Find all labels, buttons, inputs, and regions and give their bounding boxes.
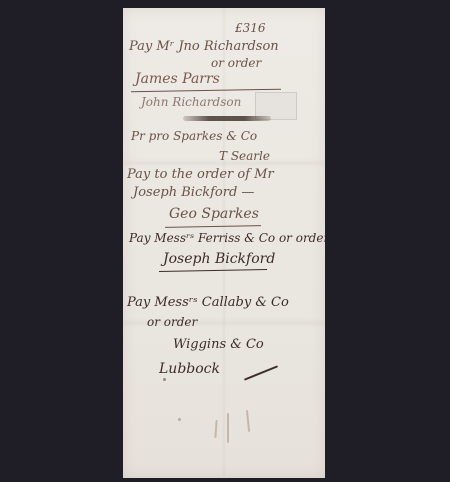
endorsement-3-signature: T Searle xyxy=(219,150,270,162)
endorsement-4-line2: Joseph Bickford — xyxy=(133,186,254,199)
endorsement-4-signature: Geo Sparkes xyxy=(169,207,259,221)
endorsement-3-line1: Pr pro Sparkes & Co xyxy=(131,130,257,142)
document-paper: £316 Pay Mʳ Jno Richardson or order Jame… xyxy=(123,8,325,478)
endorsement-7-signature: Lubbock xyxy=(159,362,220,376)
endorsement-5-signature: Joseph Bickford xyxy=(163,252,275,266)
signature-flourish xyxy=(244,365,278,380)
ink-smudge xyxy=(183,116,271,121)
endorsement-1-line1: Pay Mʳ Jno Richardson xyxy=(129,40,279,53)
amount-note: £316 xyxy=(235,22,266,34)
ink-spot xyxy=(163,378,166,381)
stain-streak xyxy=(246,410,250,432)
endorsement-6-line1: Pay Messʳˢ Callaby & Co xyxy=(127,296,289,309)
endorsement-4-line1: Pay to the order of Mr xyxy=(127,168,274,181)
photo-stage: £316 Pay Mʳ Jno Richardson or order Jame… xyxy=(0,0,450,482)
stain-streak xyxy=(227,413,229,443)
stain-streak xyxy=(214,420,217,438)
endorsement-1-line2: or order xyxy=(211,57,261,69)
endorsement-1-signature: James Parrs xyxy=(135,72,220,86)
signature-underline xyxy=(159,269,267,272)
endorsement-2-signature: John Richardson xyxy=(141,96,241,108)
endorsement-5-line1: Pay Messʳˢ Ferriss & Co or order xyxy=(129,232,325,244)
endorsement-6-signature: Wiggins & Co xyxy=(173,338,264,351)
signature-underline xyxy=(165,225,261,228)
ink-spot xyxy=(178,418,181,421)
endorsement-6-line2: or order xyxy=(147,316,197,328)
